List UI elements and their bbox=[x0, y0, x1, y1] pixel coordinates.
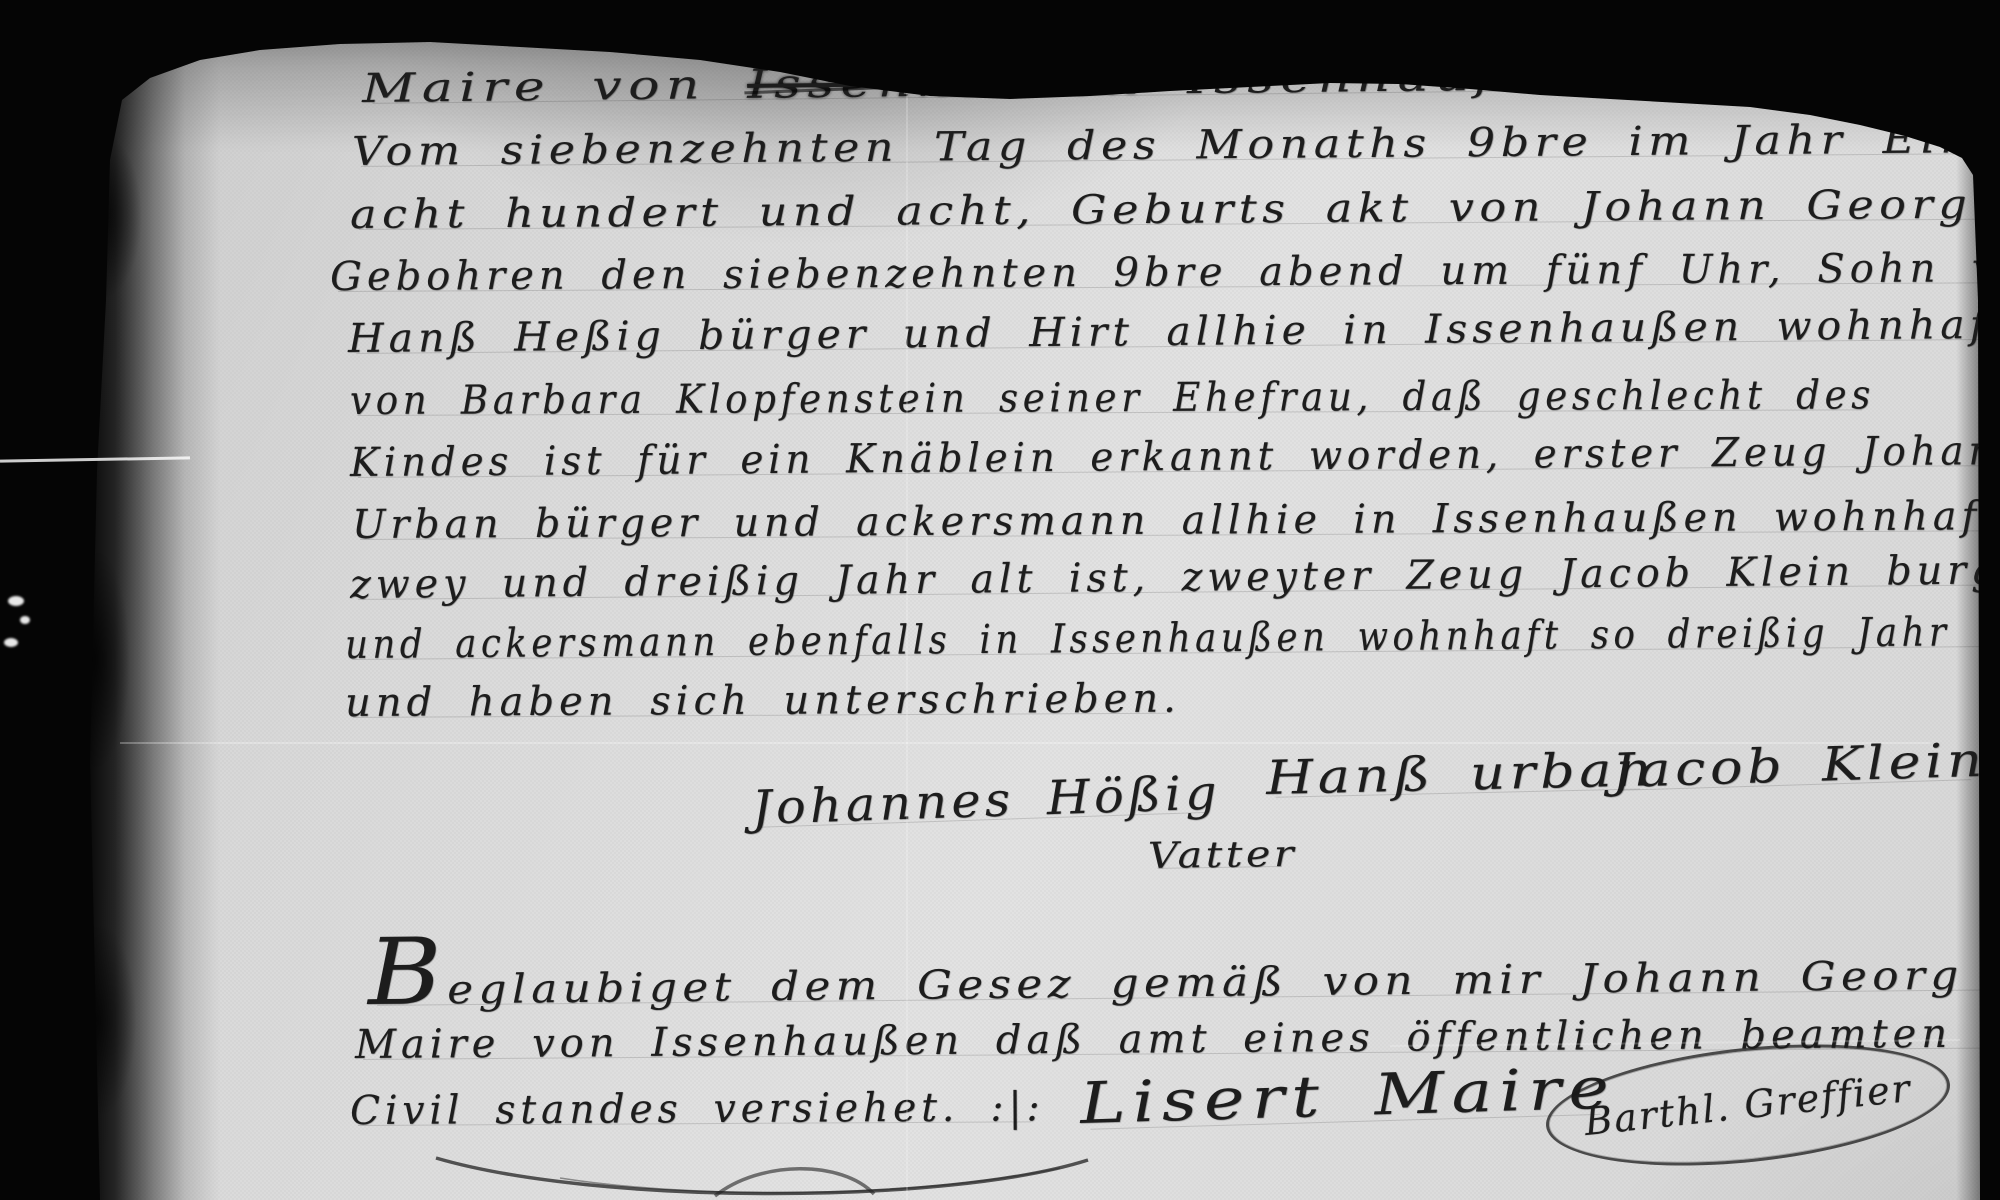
edge-speck bbox=[20, 616, 30, 624]
edge-speck bbox=[8, 596, 24, 606]
scanned-manuscript: { "colors":{"ink":"#1d1d1d","paper":"#dc… bbox=[0, 0, 2000, 1200]
edge-speck bbox=[4, 638, 18, 647]
manuscript-page: Maire von Issenhausen Issenhaußen, Gemei… bbox=[0, 0, 2000, 1200]
paper-grain bbox=[0, 0, 2000, 1200]
